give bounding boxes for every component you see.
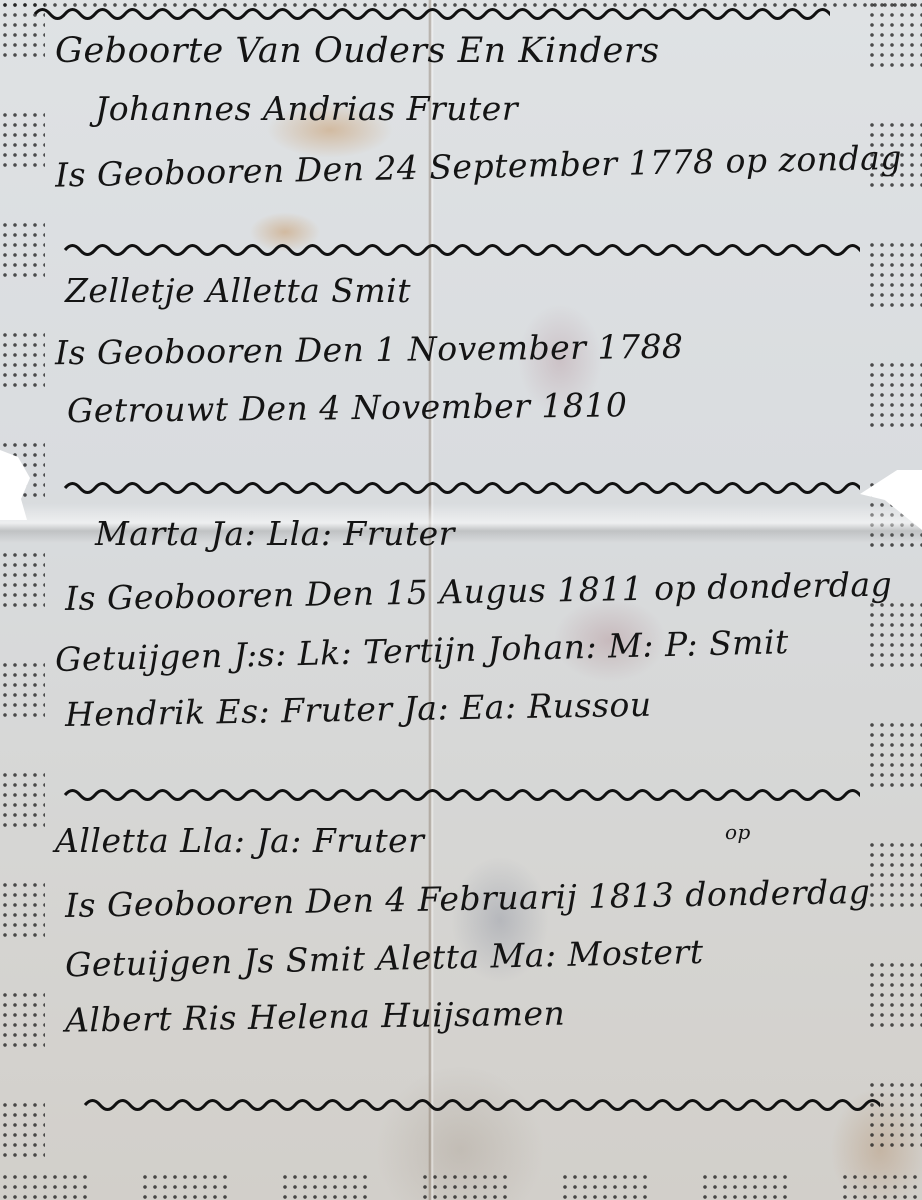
entry-block-2: Zelletje Alletta Smit Is Geobooren Den 1…: [55, 262, 875, 436]
wavy-divider-4: [80, 1095, 880, 1115]
entry-block-1: Geboorte Van Ouders En Kinders Johannes …: [55, 22, 875, 196]
entry-line: Is Geobooren Den 24 September 1778 op zo…: [54, 129, 875, 204]
wavy-divider-3: [60, 785, 860, 805]
entry-name: Zelletje Alletta Smit: [55, 262, 875, 320]
entry-block-4: Alletta Lla: Ja: Fruter Is Geobooren Den…: [55, 812, 875, 1044]
entry-block-3: Marta Ja: Lla: Fruter Is Geobooren Den 1…: [55, 505, 875, 737]
entry-name: Alletta Lla: Ja: Fruter: [55, 812, 875, 870]
wavy-divider-top: [30, 4, 830, 24]
entry-line: Is Geobooren Den 1 November 1788: [55, 316, 876, 383]
superscript-op: op: [725, 822, 751, 842]
entry-line-text: Is Geobooren Den 4 Februarij 1813 donder…: [65, 872, 871, 925]
entry-line: Getrouwt Den 4 November 1810: [55, 374, 876, 441]
document-header: Geboorte Van Ouders En Kinders: [55, 22, 875, 80]
entry-name: Marta Ja: Lla: Fruter: [55, 505, 875, 563]
entry-name: Johannes Andrias Fruter: [55, 80, 875, 138]
entry-line: Albert Ris Helena Huijsamen: [55, 980, 876, 1049]
wavy-divider-2: [60, 478, 860, 498]
wavy-divider-1: [60, 240, 860, 260]
dotted-border-left: [0, 0, 45, 1200]
dotted-border-bottom: [0, 1172, 922, 1200]
